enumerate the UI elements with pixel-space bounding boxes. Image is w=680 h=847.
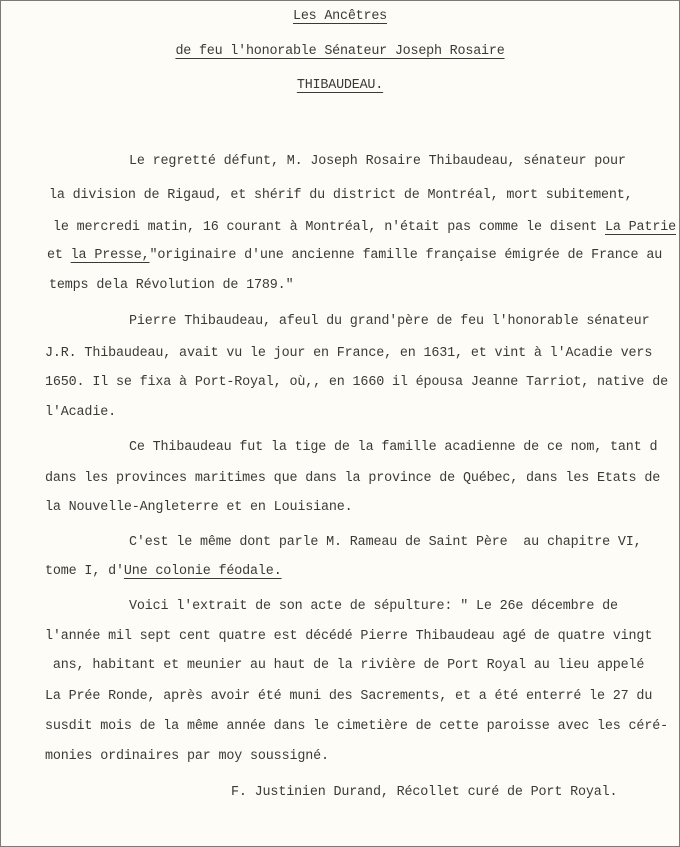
p5-line: ans, habitant et meunier au haut de la r… <box>45 658 644 673</box>
p4-line: C'est le même dont parle M. Rameau de Sa… <box>129 535 642 550</box>
p1-line: Le regretté défunt, M. Joseph Rosaire Th… <box>129 154 626 169</box>
p1-line: le mercredi matin, 16 courant à Montréal… <box>53 220 676 235</box>
typewritten-document: Les Ancêtres de feu l'honorable Sénateur… <box>0 0 680 847</box>
p2-line: 1650. Il se fixa à Port-Royal, où,, en 1… <box>45 375 668 390</box>
p5-line: susdit mois de la même année dans le cim… <box>45 719 668 734</box>
p3-line: Ce Thibaudeau fut la tige de la famille … <box>129 440 657 455</box>
p5-line: La Prée Ronde, après avoir été muni des … <box>45 689 652 704</box>
p3-line: la Nouvelle-Angleterre et en Louisiane. <box>45 500 353 515</box>
p2-line: l'Acadie. <box>45 405 116 420</box>
p2-line: J.R. Thibaudeau, avait vu le jour en Fra… <box>45 346 652 361</box>
p3-line: dans les provinces maritimes que dans la… <box>45 471 660 486</box>
p1-line: la division de Rigaud, et shérif du dist… <box>49 188 633 203</box>
p1-line: temps dela Révolution de 1789." <box>49 278 293 293</box>
p5-line: monies ordinaires par moy soussigné. <box>45 749 329 764</box>
title-line-3: THIBAUDEAU. <box>1 78 679 93</box>
book-title: Une colonie féodale. <box>124 564 282 579</box>
signature: F. Justinien Durand, Récollet curé de Po… <box>231 785 617 800</box>
newspaper-title: La Patrie <box>605 220 676 235</box>
title-line-2: de feu l'honorable Sénateur Joseph Rosai… <box>1 44 679 59</box>
newspaper-title: la Presse, <box>71 248 150 263</box>
p5-line: l'année mil sept cent quatre est décédé … <box>45 629 652 644</box>
p5-line: Voici l'extrait de son acte de sépulture… <box>129 599 618 614</box>
p1-line: et la Presse,"originaire d'une ancienne … <box>47 248 662 263</box>
p4-line: tome I, d'Une colonie féodale. <box>45 564 282 579</box>
title-line-1: Les Ancêtres <box>1 9 679 24</box>
p2-line: Pierre Thibaudeau, afeul du grand'père d… <box>129 314 649 329</box>
